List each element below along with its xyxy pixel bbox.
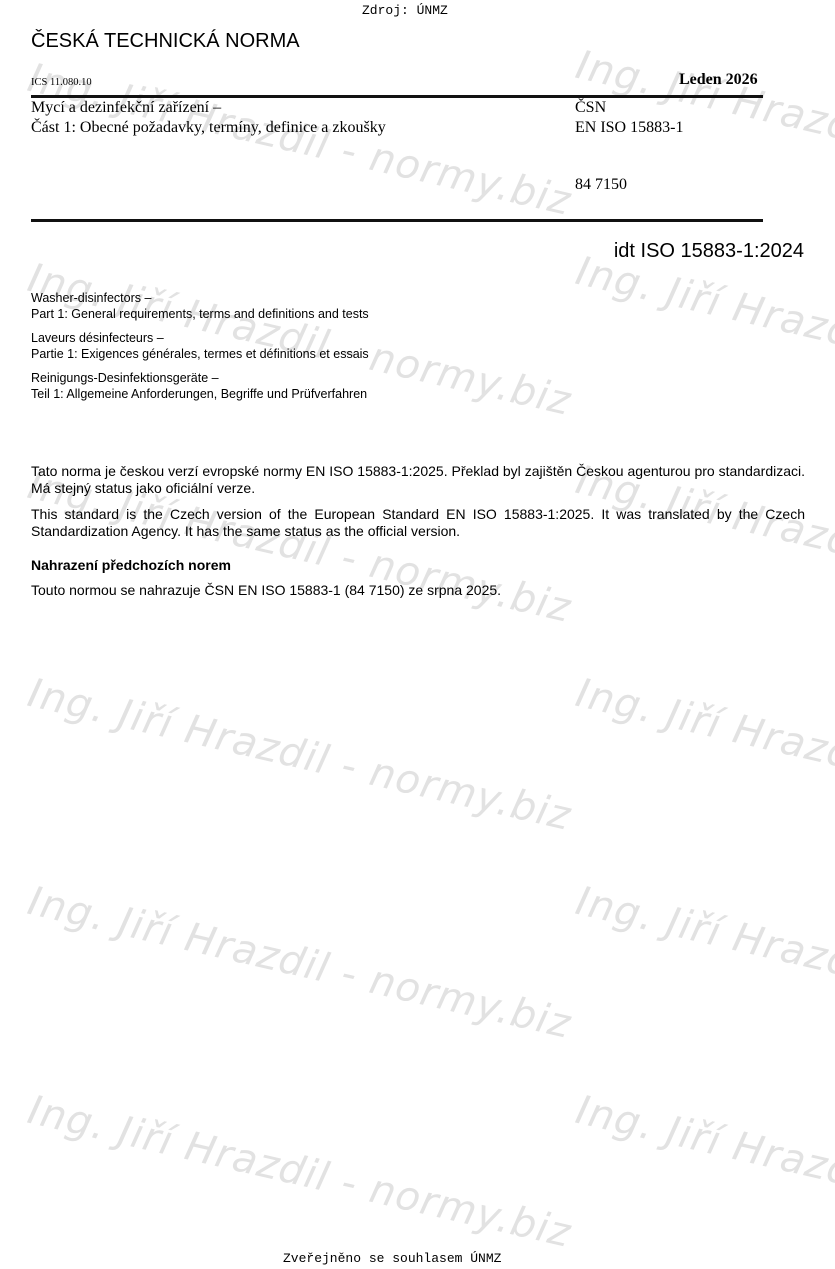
- translation-line: Teil 1: Allgemeine Anforderungen, Begrif…: [31, 387, 367, 403]
- english-statement: This standard is the Czech version of th…: [31, 506, 805, 540]
- czech-title-line: Část 1: Obecné požadavky, termíny, defin…: [31, 118, 386, 138]
- publication-date: Leden 2026: [679, 71, 758, 89]
- czech-title-line: Mycí a dezinfekční zařízení –: [31, 98, 386, 118]
- designation-line: EN ISO 15883-1: [575, 118, 683, 138]
- identity-reference: idt ISO 15883-1:2024: [614, 240, 804, 263]
- watermark-layer: Ing. Jiří Hrazdil - normy.biz Ing. Jiří …: [0, 0, 835, 1269]
- translation-line: Washer-disinfectors –: [31, 291, 369, 307]
- classification-code: 84 7150: [575, 176, 627, 194]
- source-label: Zdroj: ÚNMZ: [362, 3, 448, 18]
- translation-line: Reinigungs-Desinfektionsgeräte –: [31, 371, 367, 387]
- translation-en: Washer-disinfectors – Part 1: General re…: [31, 291, 369, 322]
- designation-line: ČSN: [575, 98, 683, 118]
- watermark: Ing. Jiří Hrazdil - normy.biz: [572, 1087, 835, 1257]
- footer-note: Zveřejněno se souhlasem ÚNMZ: [283, 1251, 501, 1266]
- watermark: Ing. Jiří Hrazdil - normy.biz: [24, 1087, 576, 1257]
- translation-line: Part 1: General requirements, terms and …: [31, 307, 369, 323]
- bottom-divider: [31, 219, 763, 222]
- watermark: Ing. Jiří Hrazdil - normy.biz: [572, 248, 835, 418]
- watermark: Ing. Jiří Hrazdil - normy.biz: [572, 878, 835, 1048]
- ics-code: ICS 11.080.10: [31, 77, 92, 88]
- translation-line: Laveurs désinfecteurs –: [31, 331, 369, 347]
- watermark: Ing. Jiří Hrazdil - normy.biz: [24, 55, 576, 225]
- replacement-text: Touto normou se nahrazuje ČSN EN ISO 158…: [31, 582, 501, 598]
- document-type-title: ČESKÁ TECHNICKÁ NORMA: [31, 30, 300, 53]
- watermark: Ing. Jiří Hrazdil - normy.biz: [24, 670, 576, 840]
- standard-designation: ČSN EN ISO 15883-1: [575, 98, 683, 138]
- czech-title: Mycí a dezinfekční zařízení – Část 1: Ob…: [31, 98, 386, 138]
- translation-fr: Laveurs désinfecteurs – Partie 1: Exigen…: [31, 331, 369, 362]
- watermark: Ing. Jiří Hrazdil - normy.biz: [572, 670, 835, 840]
- czech-statement: Tato norma je českou verzí evropské norm…: [31, 463, 805, 497]
- translation-line: Partie 1: Exigences générales, termes et…: [31, 347, 369, 363]
- translation-de: Reinigungs-Desinfektionsgeräte – Teil 1:…: [31, 371, 367, 402]
- replacement-heading: Nahrazení předchozích norem: [31, 557, 231, 573]
- watermark: Ing. Jiří Hrazdil - normy.biz: [24, 878, 576, 1048]
